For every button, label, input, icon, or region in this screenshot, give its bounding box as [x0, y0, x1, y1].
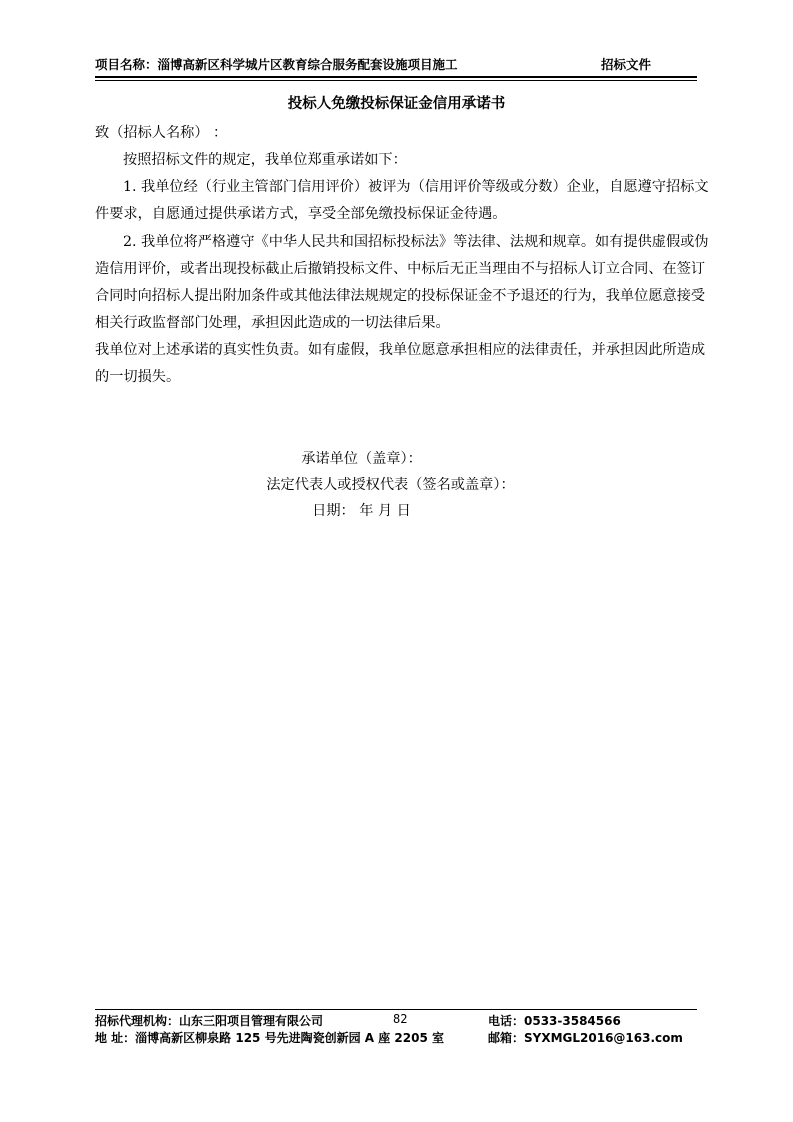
document-title: 投标人免缴投标保证金信用承诺书	[0, 92, 793, 113]
closing-line-1: 我单位对上述承诺的真实性负责。如有虚假，我单位愿意承担相应的法律责任，并承担因此…	[95, 337, 705, 364]
item-2-line-1: 2. 我单位将严格遵守《中华人民共和国招标投标法》等法律、法规和规章。如有提供虚…	[123, 229, 709, 256]
item-2-line-3: 合同时向招标人提出附加条件或其他法律法规规定的投标保证金不予退还的行为，我单位愿…	[95, 283, 705, 310]
agency-address: 地 址：淄博高新区柳泉路 125 号先进陶瓷创新园 A 座 2205 室	[95, 1029, 444, 1046]
project-name: 项目名称：淄博高新区科学城片区教育综合服务配套设施项目施工	[95, 55, 458, 73]
signature-representative: 法定代表人或授权代表（签名或盖章）：	[0, 474, 787, 494]
agency-name: 招标代理机构：山东三阳项目管理有限公司	[95, 1012, 323, 1029]
intro-paragraph: 按照招标文件的规定，我单位郑重承诺如下：	[123, 147, 407, 174]
header-rule-thick	[95, 76, 697, 78]
item-2-line-4: 相关行政监督部门处理，承担因此造成的一切法律后果。	[95, 310, 450, 337]
page-header: 项目名称：淄博高新区科学城片区教育综合服务配套设施项目施工 招标文件	[95, 55, 697, 73]
salutation: 致（招标人名称） ：	[95, 120, 227, 147]
item-1-line-2: 件要求，自愿通过提供承诺方式，享受全部免缴投标保证金待遇。	[95, 201, 506, 228]
document-body: 致（招标人名称） ： 按照招标文件的规定，我单位郑重承诺如下： 1. 我单位经（…	[95, 120, 697, 400]
phone-number: 电话：0533-3584566	[488, 1012, 621, 1029]
item-1-line-1: 1. 我单位经（行业主管部门信用评价）被评为（信用评价等级或分数）企业，自愿遵守…	[123, 174, 709, 201]
page-number: 82	[393, 1012, 407, 1026]
signature-date: 日期： 年 月 日	[0, 500, 758, 520]
signature-unit: 承诺单位（盖章）：	[0, 448, 758, 468]
header-rule-thin	[95, 80, 697, 81]
footer-rule	[95, 1009, 697, 1010]
email-address: 邮箱：SYXMGL2016@163.com	[488, 1029, 683, 1046]
closing-line-2: 的一切损失。	[95, 364, 180, 391]
document-type: 招标文件	[601, 55, 651, 73]
item-2-line-2: 造信用评价，或者出现投标截止后撤销投标文件、中标后无正当理由不与招标人订立合同、…	[95, 256, 705, 283]
